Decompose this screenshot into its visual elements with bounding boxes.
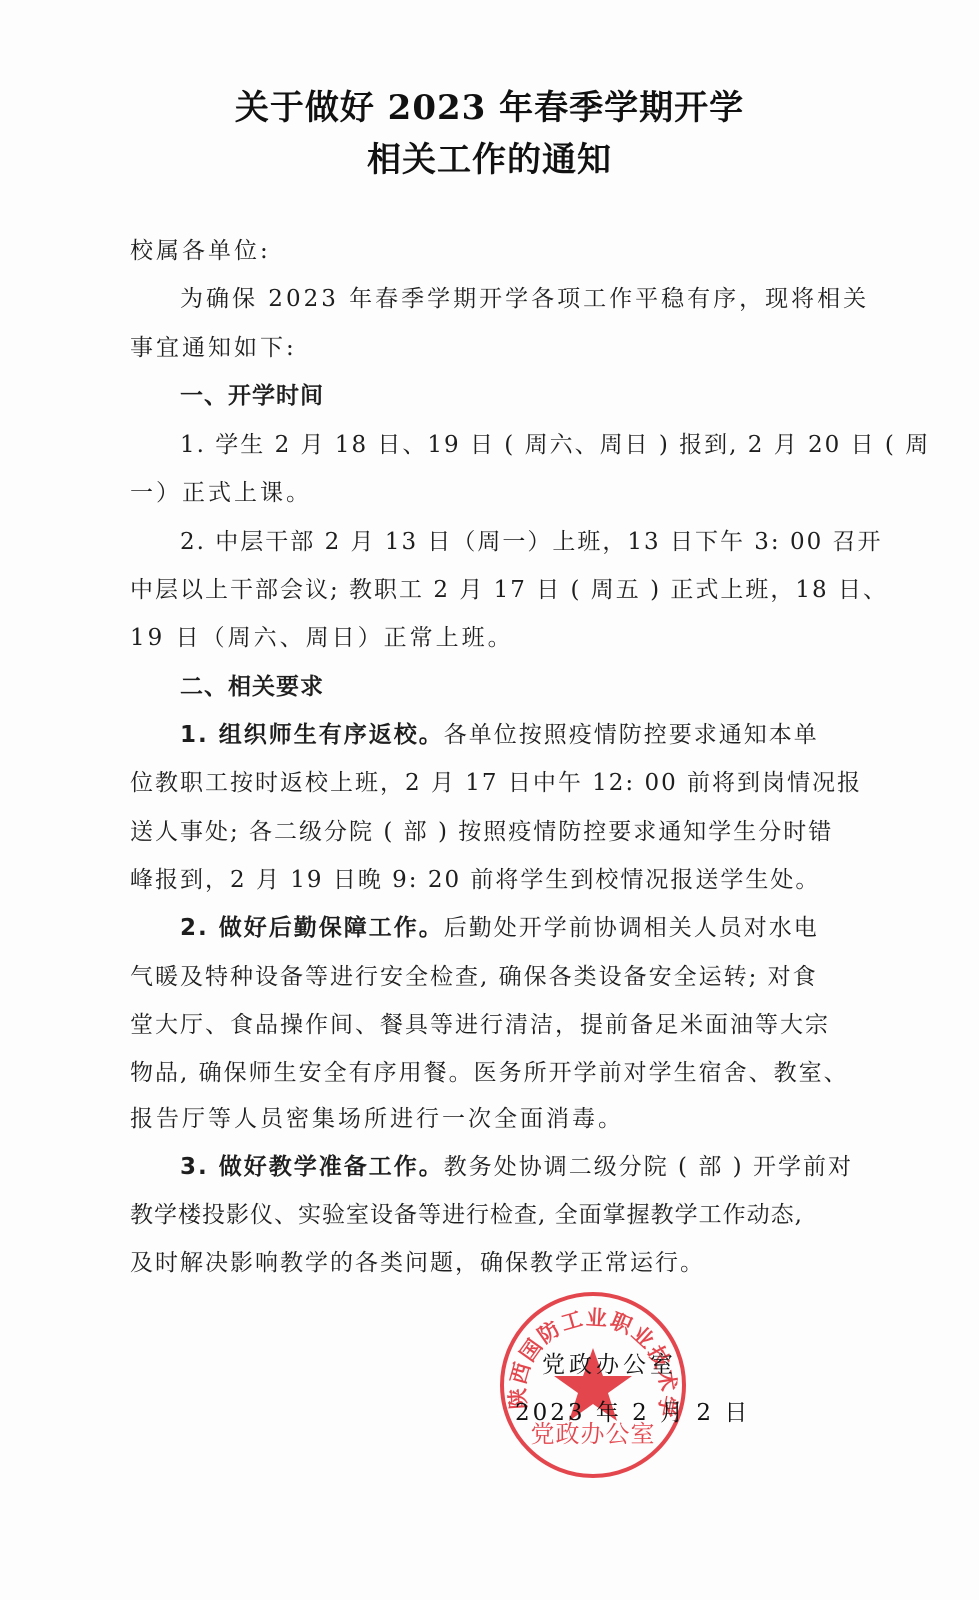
requirement-1-line-4: 峰报到，2 月 19 日晚 9: 20 前将学生到校情况报送学生处。: [130, 865, 850, 895]
requirement-2-line-4: 物品, 确保师生安全有序用餐。医务所开学前对学生宿舍、教室、: [130, 1058, 850, 1088]
requirement-1-lead: 1. 组织师生有序返校。: [180, 722, 444, 748]
intro-line-1: 为确保 2023 年春季学期开学各项工作平稳有序，现将相关: [180, 284, 850, 314]
requirement-3-text: 教务处协调二级分院 ( 部 ) 开学前对: [444, 1154, 853, 1180]
schedule-item-1-line-1: 1. 学生 2 月 18 日、19 日 ( 周六、周日 ) 报到, 2 月 20…: [180, 430, 850, 460]
section-heading-requirements: 二、相关要求: [180, 672, 850, 702]
requirement-1-line-1: 1. 组织师生有序返校。各单位按照疫情防控要求通知本单: [180, 720, 850, 750]
requirement-1-line-2: 位教职工按时返校上班，2 月 17 日中午 12: 00 前将到岗情况报: [130, 768, 850, 798]
requirement-3-line-2: 教学楼投影仪、实验室设备等进行检查, 全面掌握教学工作动态,: [130, 1200, 850, 1230]
requirement-2-line-2: 气暖及特种设备等进行安全检查, 确保各类设备安全运转; 对食: [130, 962, 850, 992]
signature-office: 党政办公室: [542, 1346, 677, 1379]
salutation: 校属各单位:: [130, 236, 850, 266]
schedule-item-1-line-2: 一）正式上课。: [130, 478, 850, 508]
requirement-3-line-1: 3. 做好教学准备工作。教务处协调二级分院 ( 部 ) 开学前对: [180, 1152, 850, 1182]
schedule-item-2-line-2: 中层以上干部会议; 教职工 2 月 17 日 ( 周五 ) 正式上班，18 日、: [130, 575, 850, 605]
schedule-item-2-line-3: 19 日（周六、周日）正常上班。: [130, 623, 850, 653]
requirement-3-lead: 3. 做好教学准备工作。: [180, 1154, 444, 1180]
section-heading-schedule: 一、开学时间: [180, 381, 850, 411]
requirement-1-line-3: 送人事处; 各二级分院 ( 部 ) 按照疫情防控要求通知学生分时错: [130, 817, 850, 847]
document-title-line-1: 关于做好 2023 年春季学期开学: [0, 80, 979, 129]
requirement-2-line-1: 2. 做好后勤保障工作。后勤处开学前协调相关人员对水电: [180, 913, 850, 943]
schedule-item-2-line-1: 2. 中层干部 2 月 13 日（周一）上班，13 日下午 3: 00 召开: [180, 527, 850, 557]
signature-date: 2023 年 2 月 2 日: [515, 1394, 750, 1427]
requirement-3-line-3: 及时解决影响教学的各类问题，确保教学正常运行。: [130, 1248, 850, 1278]
intro-line-2: 事宜通知如下:: [130, 333, 850, 363]
requirement-1-text: 各单位按照疫情防控要求通知本单: [444, 722, 819, 748]
requirement-2-line-5: 报告厅等人员密集场所进行一次全面消毒。: [130, 1104, 850, 1134]
requirement-2-lead: 2. 做好后勤保障工作。: [180, 915, 444, 941]
official-seal: 陕西国防工业职业技术学院 党政办公室: [500, 1292, 686, 1478]
requirement-2-line-3: 堂大厅、食品操作间、餐具等进行清洁，提前备足米面油等大宗: [130, 1010, 850, 1040]
document-title-line-2: 相关工作的通知: [0, 132, 979, 181]
requirement-2-text: 后勤处开学前协调相关人员对水电: [444, 915, 819, 941]
